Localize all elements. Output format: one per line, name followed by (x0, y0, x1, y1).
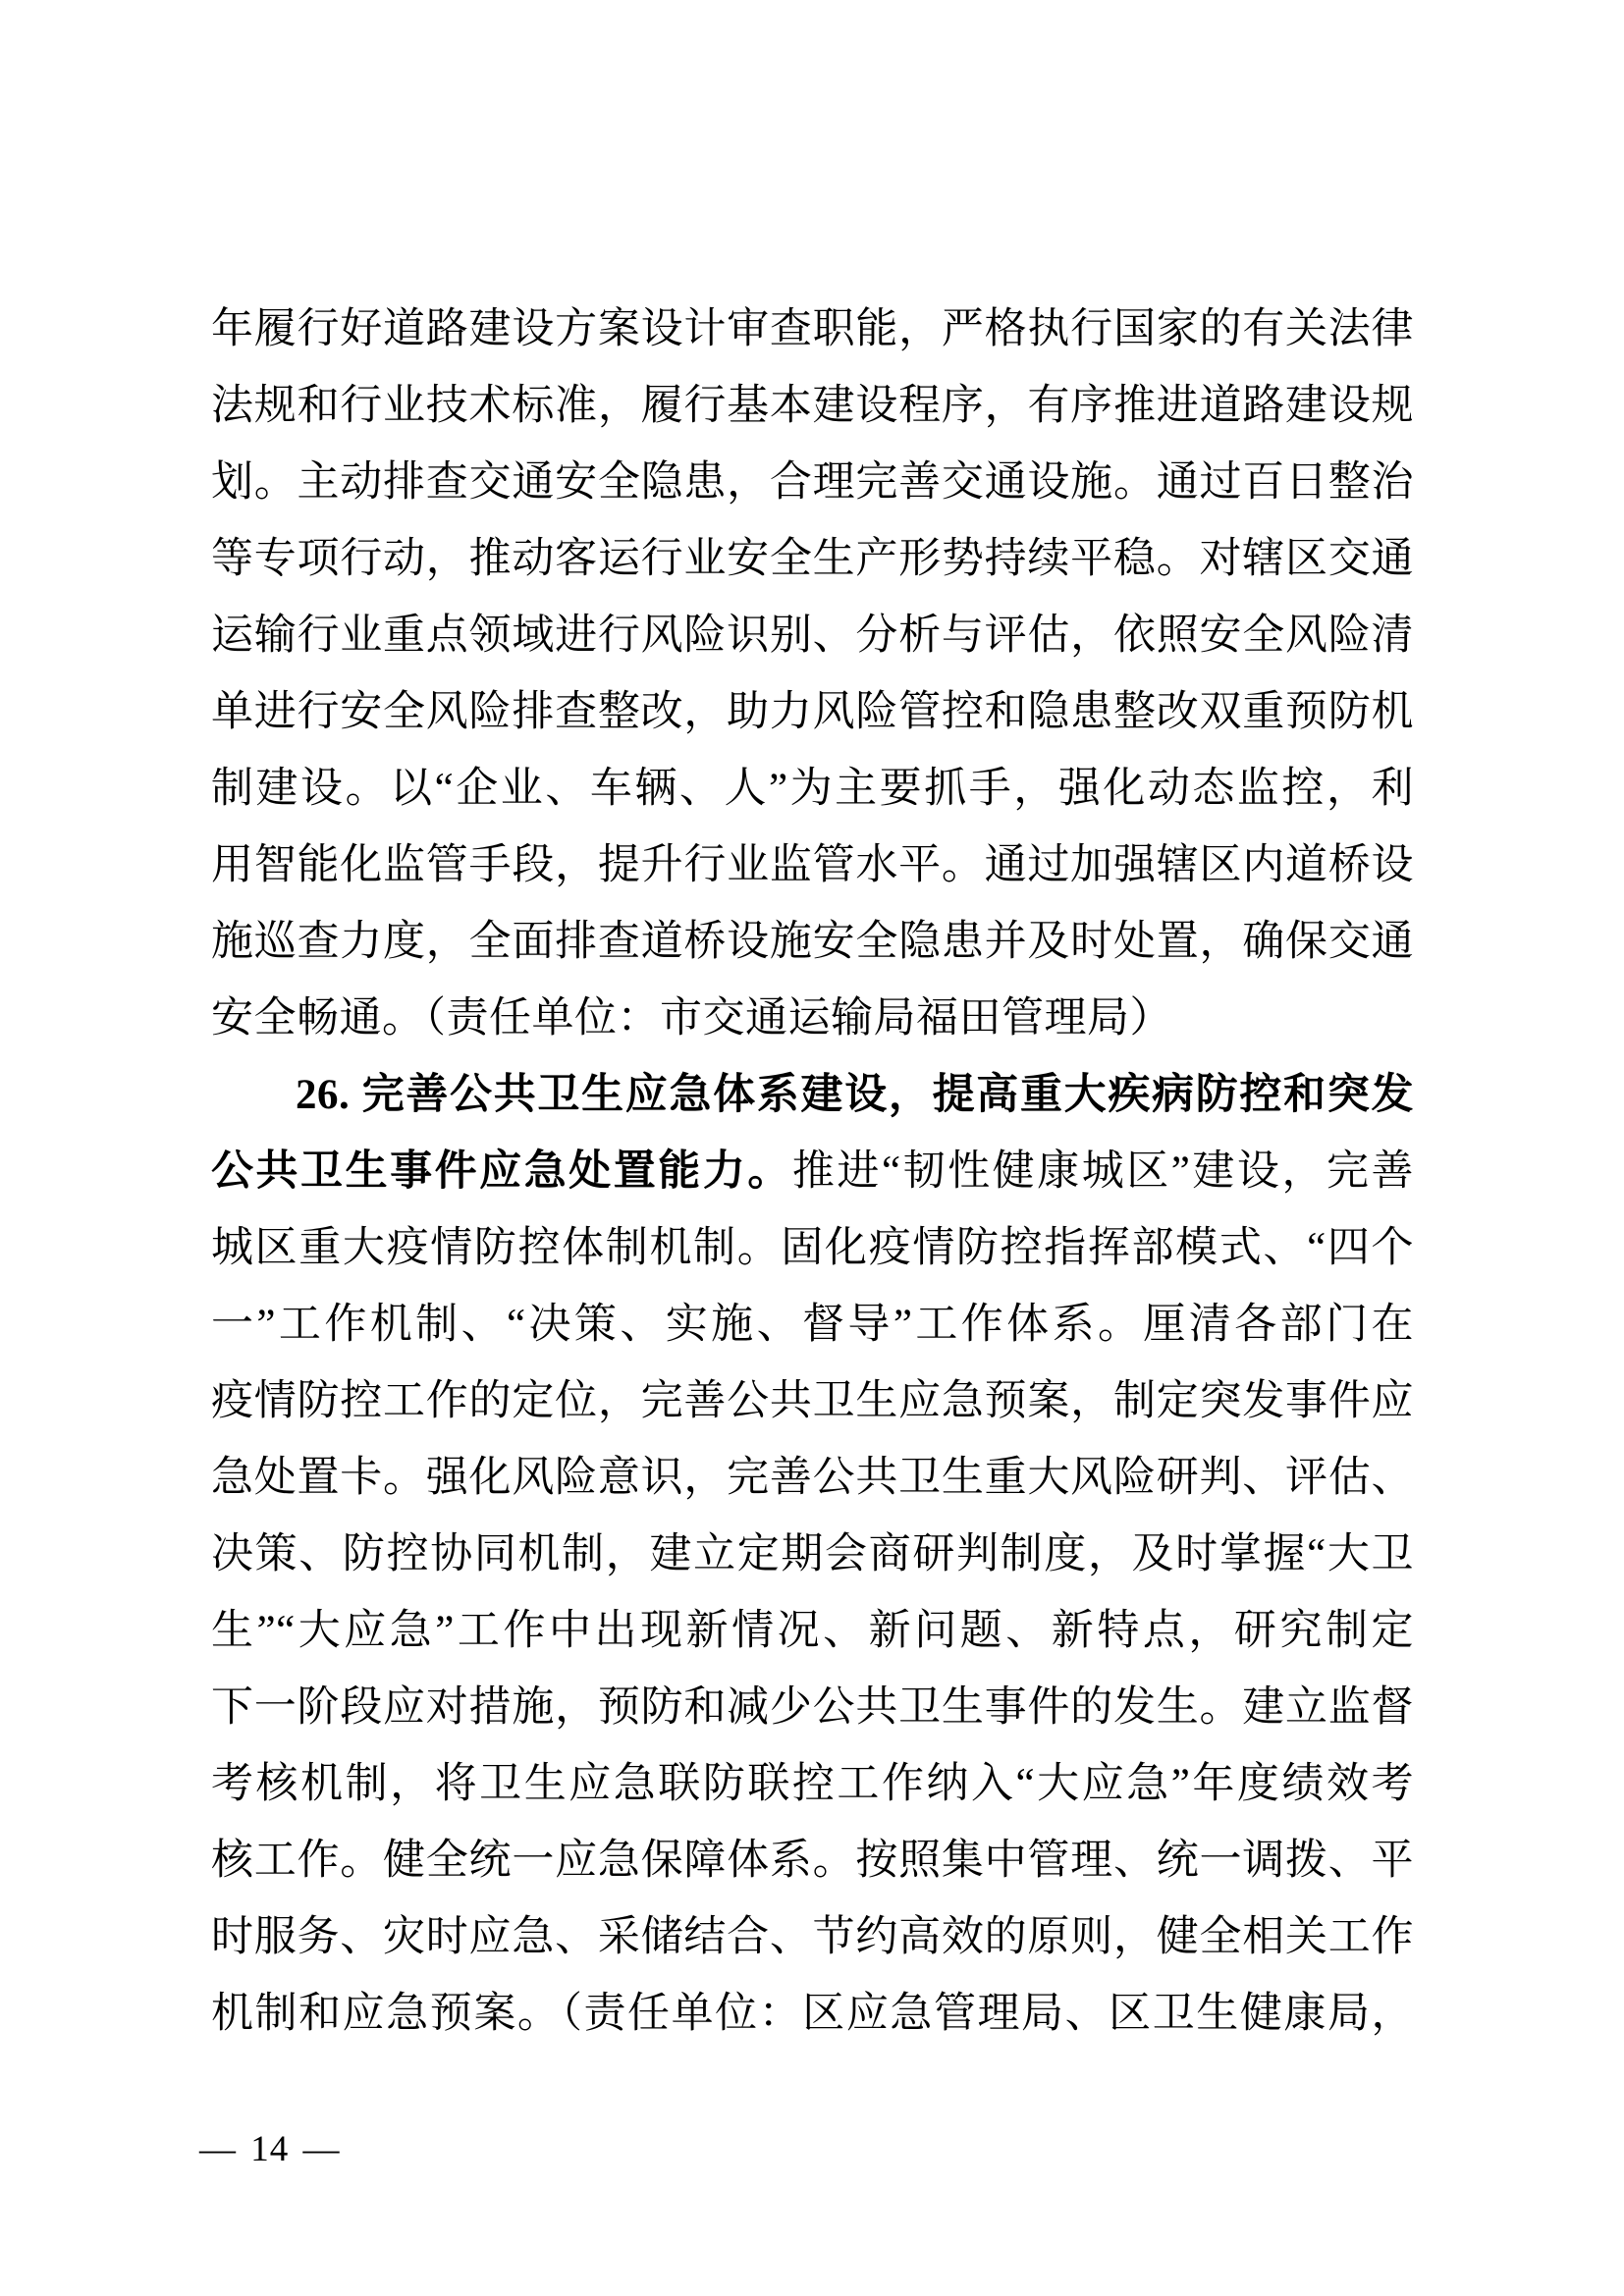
text-line: 用智能化监管手段，提升行业监管水平。通过加强辖区内道桥设 (211, 828, 1414, 904)
text-line: 施巡查力度，全面排查道桥设施安全隐患并及时处置，确保交通 (211, 904, 1414, 981)
page-number: — 14 — (199, 2128, 341, 2171)
text-line: 时服务、灾时应急、采储结合、节约高效的原则，健全相关工作 (211, 1899, 1414, 1976)
document-page: 年履行好道路建设方案设计审查职能，严格执行国家的有关法律法规和行业技术标准，履行… (0, 0, 1624, 2296)
text-line: 26. 完善公共卫生应急体系建设，提高重大疾病防控和突发 (211, 1057, 1414, 1134)
text-segment: 年履行好道路建设方案设计审查职能，严格执行国家的有关法律 (211, 306, 1414, 352)
text-segment: 机制和应急预案。（责任单位：区应急管理局、区卫生健康局， (211, 1991, 1414, 2037)
text-segment: 划。主动排查交通安全隐患，合理完善交通设施。通过百日整治 (211, 459, 1414, 506)
text-line: 下一阶段应对措施，预防和减少公共卫生事件的发生。建立监督 (211, 1670, 1414, 1746)
text-line: 一”工作机制、“决策、实施、督导”工作体系。厘清各部门在 (211, 1287, 1414, 1363)
text-line: 单进行安全风险排查整改，助力风险管控和隐患整改双重预防机 (211, 674, 1414, 751)
text-segment: 运输行业重点领域进行风险识别、分析与评估，依照安全风险清 (211, 613, 1414, 659)
text-segment: 施巡查力度，全面排查道桥设施安全隐患并及时处置，确保交通 (211, 919, 1414, 965)
text-line: 决策、防控协同机制，建立定期会商研判制度，及时掌握“大卫 (211, 1517, 1414, 1593)
text-line: 机制和应急预案。（责任单位：区应急管理局、区卫生健康局， (211, 1976, 1414, 2053)
text-line: 法规和行业技术标准，履行基本建设程序，有序推进道路建设规 (211, 368, 1414, 445)
text-segment: 安全畅通。（责任单位：市交通运输局福田管理局） (211, 995, 1172, 1041)
text-line: 城区重大疫情防控体制机制。固化疫情防控指挥部模式、“四个 (211, 1210, 1414, 1287)
text-segment: 决策、防控协同机制，建立定期会商研判制度，及时掌握“大卫 (211, 1531, 1414, 1577)
text-line: 急处置卡。强化风险意识，完善公共卫生重大风险研判、评估、 (211, 1440, 1414, 1517)
text-segment: 生”“大应急”工作中出现新情况、新问题、新特点，研究制定 (211, 1608, 1414, 1654)
text-line: 划。主动排查交通安全隐患，合理完善交通设施。通过百日整治 (211, 445, 1414, 521)
text-segment-bold: 26. 完善公共卫生应急体系建设，提高重大疾病防控和突发 (296, 1072, 1414, 1118)
document-body: 年履行好道路建设方案设计审查职能，严格执行国家的有关法律法规和行业技术标准，履行… (211, 292, 1414, 2053)
text-segment: 制建设。以“企业、车辆、人”为主要抓手，强化动态监控，利 (211, 766, 1414, 812)
text-segment: 时服务、灾时应急、采储结合、节约高效的原则，健全相关工作 (211, 1914, 1414, 1960)
text-line: 核工作。健全统一应急保障体系。按照集中管理、统一调拨、平 (211, 1823, 1414, 1899)
text-line: 疫情防控工作的定位，完善公共卫生应急预案，制定突发事件应 (211, 1363, 1414, 1440)
text-line: 年履行好道路建设方案设计审查职能，严格执行国家的有关法律 (211, 292, 1414, 368)
text-segment: 单进行安全风险排查整改，助力风险管控和隐患整改双重预防机 (211, 689, 1414, 735)
text-segment: 用智能化监管手段，提升行业监管水平。通过加强辖区内道桥设 (211, 842, 1414, 888)
text-segment: 下一阶段应对措施，预防和减少公共卫生事件的发生。建立监督 (211, 1684, 1414, 1731)
text-line: 生”“大应急”工作中出现新情况、新问题、新特点，研究制定 (211, 1593, 1414, 1670)
text-segment: 一”工作机制、“决策、实施、督导”工作体系。厘清各部门在 (211, 1302, 1414, 1348)
text-segment: 等专项行动，推动客运行业安全生产形势持续平稳。对辖区交通 (211, 536, 1414, 582)
text-line: 考核机制，将卫生应急联防联控工作纳入“大应急”年度绩效考 (211, 1746, 1414, 1823)
text-line: 公共卫生事件应急处置能力。推进“韧性健康城区”建设，完善 (211, 1134, 1414, 1210)
text-line: 制建设。以“企业、车辆、人”为主要抓手，强化动态监控，利 (211, 751, 1414, 828)
text-segment-bold: 公共卫生事件应急处置能力。 (211, 1148, 792, 1195)
text-segment: 核工作。健全统一应急保障体系。按照集中管理、统一调拨、平 (211, 1838, 1414, 1884)
text-line: 等专项行动，推动客运行业安全生产形势持续平稳。对辖区交通 (211, 521, 1414, 598)
text-segment: 城区重大疫情防控体制机制。固化疫情防控指挥部模式、“四个 (211, 1225, 1414, 1271)
text-segment: 考核机制，将卫生应急联防联控工作纳入“大应急”年度绩效考 (211, 1761, 1414, 1807)
text-segment: 推进“韧性健康城区”建设，完善 (792, 1148, 1414, 1195)
text-segment: 急处置卡。强化风险意识，完善公共卫生重大风险研判、评估、 (211, 1455, 1414, 1501)
text-line: 运输行业重点领域进行风险识别、分析与评估，依照安全风险清 (211, 598, 1414, 674)
text-segment: 法规和行业技术标准，履行基本建设程序，有序推进道路建设规 (211, 383, 1414, 429)
text-line: 安全畅通。（责任单位：市交通运输局福田管理局） (211, 981, 1414, 1057)
text-segment: 疫情防控工作的定位，完善公共卫生应急预案，制定突发事件应 (211, 1378, 1414, 1424)
